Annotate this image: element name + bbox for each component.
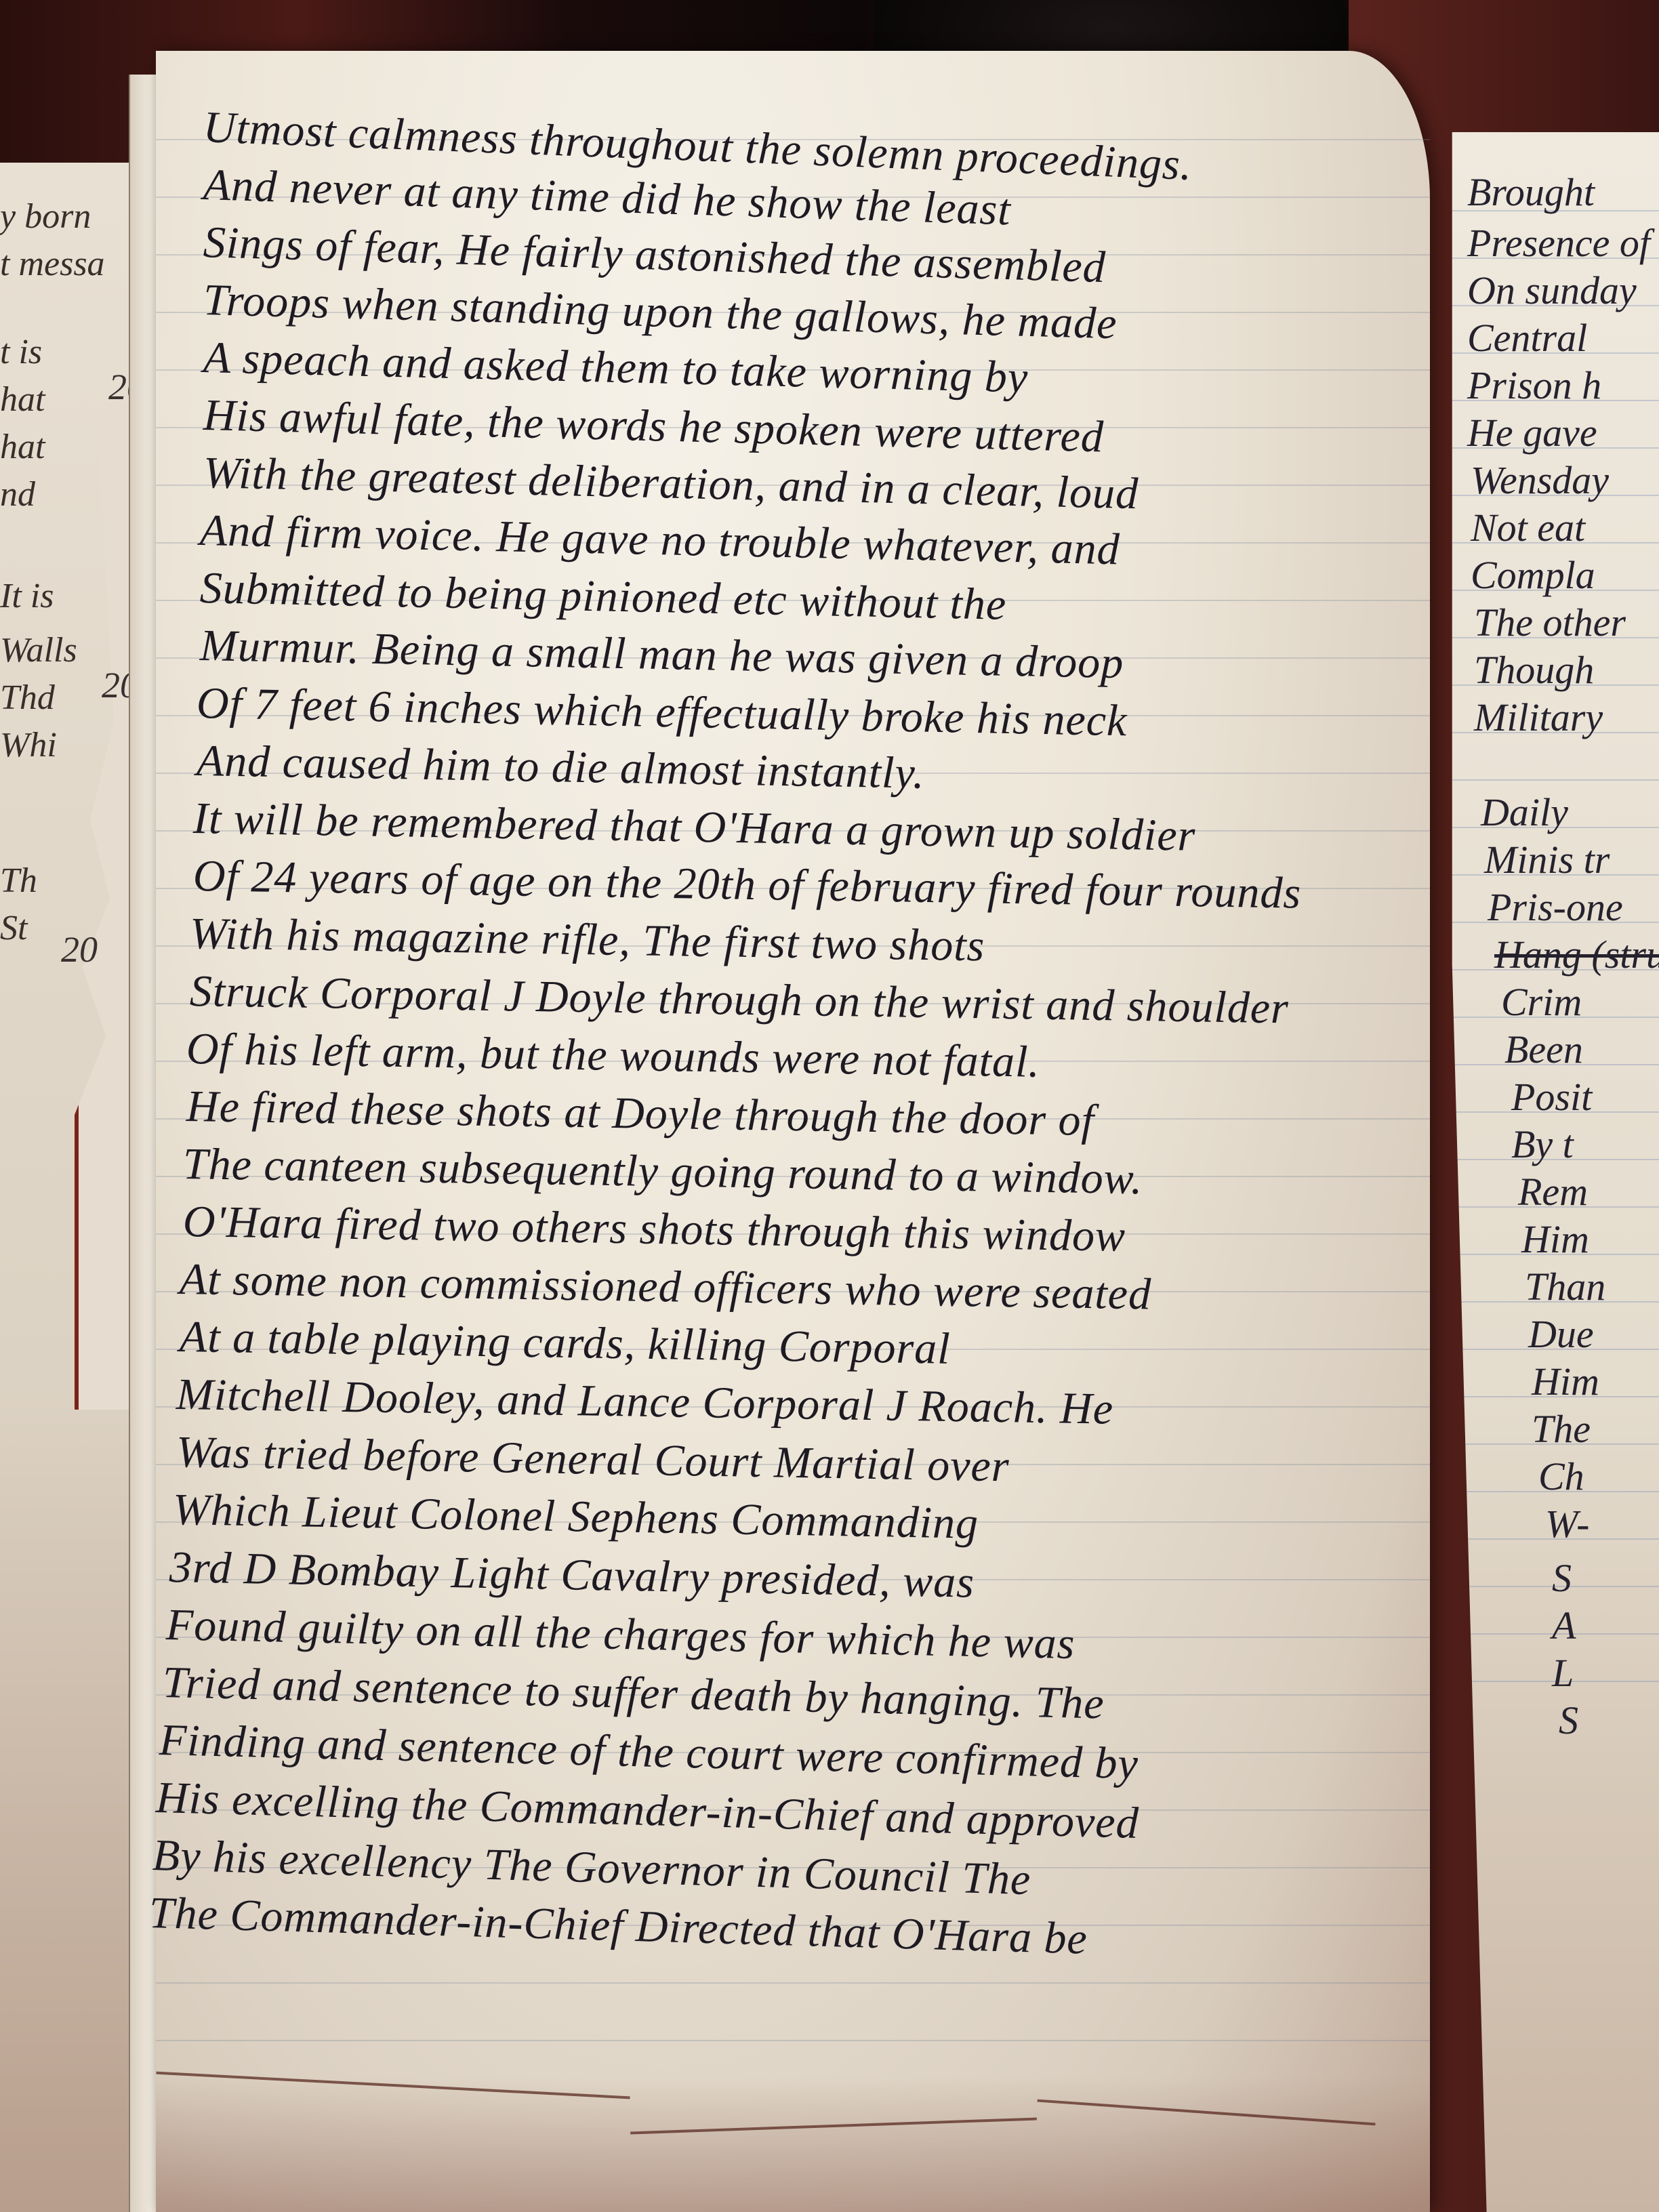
right-line: Military [1474, 695, 1603, 740]
right-line: Ch [1538, 1454, 1584, 1499]
right-line: On sunday [1467, 268, 1637, 313]
right-line: Wensday [1471, 457, 1609, 503]
left-line: Walls [0, 630, 77, 670]
right-line: Him [1532, 1359, 1599, 1404]
manuscript-line: Mitchell Dooley, and Lance Corporal J Ro… [176, 1369, 1113, 1435]
left-line: Th [0, 861, 37, 901]
manuscript-line: At a table playing cards, killing Corpor… [179, 1311, 951, 1375]
right-line: Brought [1467, 169, 1595, 215]
left-line: hat [0, 427, 45, 467]
manuscript-line: It will be remembered that O'Hara a grow… [192, 793, 1196, 862]
manuscript-line: Found guilty on all the charges for whic… [165, 1599, 1076, 1670]
manuscript-line: The canteen subsequently going round to … [182, 1139, 1143, 1205]
left-line: It is [0, 576, 54, 616]
margin-number: 20 [61, 928, 98, 970]
right-line: Though [1474, 647, 1594, 693]
manuscript-line: Of his left arm, but the wounds were not… [186, 1023, 1040, 1088]
manuscript-line: With his magazine rifle, The first two s… [189, 908, 985, 972]
right-line: The [1532, 1406, 1591, 1452]
right-line: Minis tr [1484, 837, 1610, 882]
manuscript-line: He fired these shots at Doyle through th… [186, 1081, 1094, 1147]
right-line: The other [1474, 600, 1626, 645]
right-line: Presence of [1467, 220, 1650, 266]
right-line: Daily [1481, 790, 1568, 835]
right-line: Due [1528, 1311, 1594, 1357]
right-line: Than [1525, 1264, 1605, 1309]
manuscript-line: Submitted to being pinioned etc without … [199, 562, 1007, 631]
right-line: Pris-one [1488, 884, 1623, 930]
manuscript-line: Of 7 feet 6 inches which effectually bro… [196, 678, 1128, 747]
left-line: Whi [0, 725, 57, 765]
right-line: Rem [1518, 1169, 1588, 1214]
right-line: Him [1521, 1216, 1589, 1262]
left-line: Thd [0, 678, 55, 718]
right-line: Posit [1511, 1074, 1592, 1120]
right-line: Been [1504, 1027, 1583, 1072]
manuscript-line: At some non commissioned officers who we… [179, 1254, 1151, 1321]
manuscript-line: Was tried before General Court Martial o… [176, 1427, 1010, 1492]
right-line: W- [1545, 1501, 1589, 1547]
manuscript-line: O'Hara fired two others shots through th… [182, 1196, 1126, 1263]
manuscript-line: Which Lieut Colonel Sephens Commanding [172, 1484, 979, 1550]
left-line: t messa [0, 244, 105, 284]
right-line: By t [1511, 1122, 1574, 1167]
left-line: t is [0, 332, 42, 372]
manuscript-line: Struck Corporal J Doyle through on the w… [189, 966, 1289, 1034]
right-line: Crim [1501, 979, 1582, 1025]
manuscript-line: And caused him to die almost instantly. [196, 735, 925, 800]
right-line: Compla [1471, 552, 1595, 598]
right-line-struck: Hang (struck) [1494, 932, 1659, 977]
right-line: Not eat [1471, 505, 1585, 550]
manuscript-page: Utmost calmness throughout the solemn pr… [156, 51, 1430, 2212]
right-line: He gave [1467, 410, 1597, 455]
right-line: A [1552, 1603, 1576, 1648]
right-line: Central [1467, 315, 1587, 361]
manuscript-line: Murmur. Being a small man he was given a… [199, 620, 1124, 689]
left-line: nd [0, 474, 35, 514]
right-line: S [1552, 1555, 1572, 1601]
left-line: St [0, 908, 27, 948]
right-line: L [1552, 1650, 1574, 1696]
left-line: hat [0, 380, 45, 419]
right-line: S [1559, 1698, 1578, 1743]
left-line: y born [0, 197, 91, 237]
manuscript-line: 3rd D Bombay Light Cavalry presided, was [169, 1542, 975, 1609]
right-line: Prison h [1467, 363, 1601, 408]
water-damaged-bottom-edge [156, 2076, 1430, 2212]
